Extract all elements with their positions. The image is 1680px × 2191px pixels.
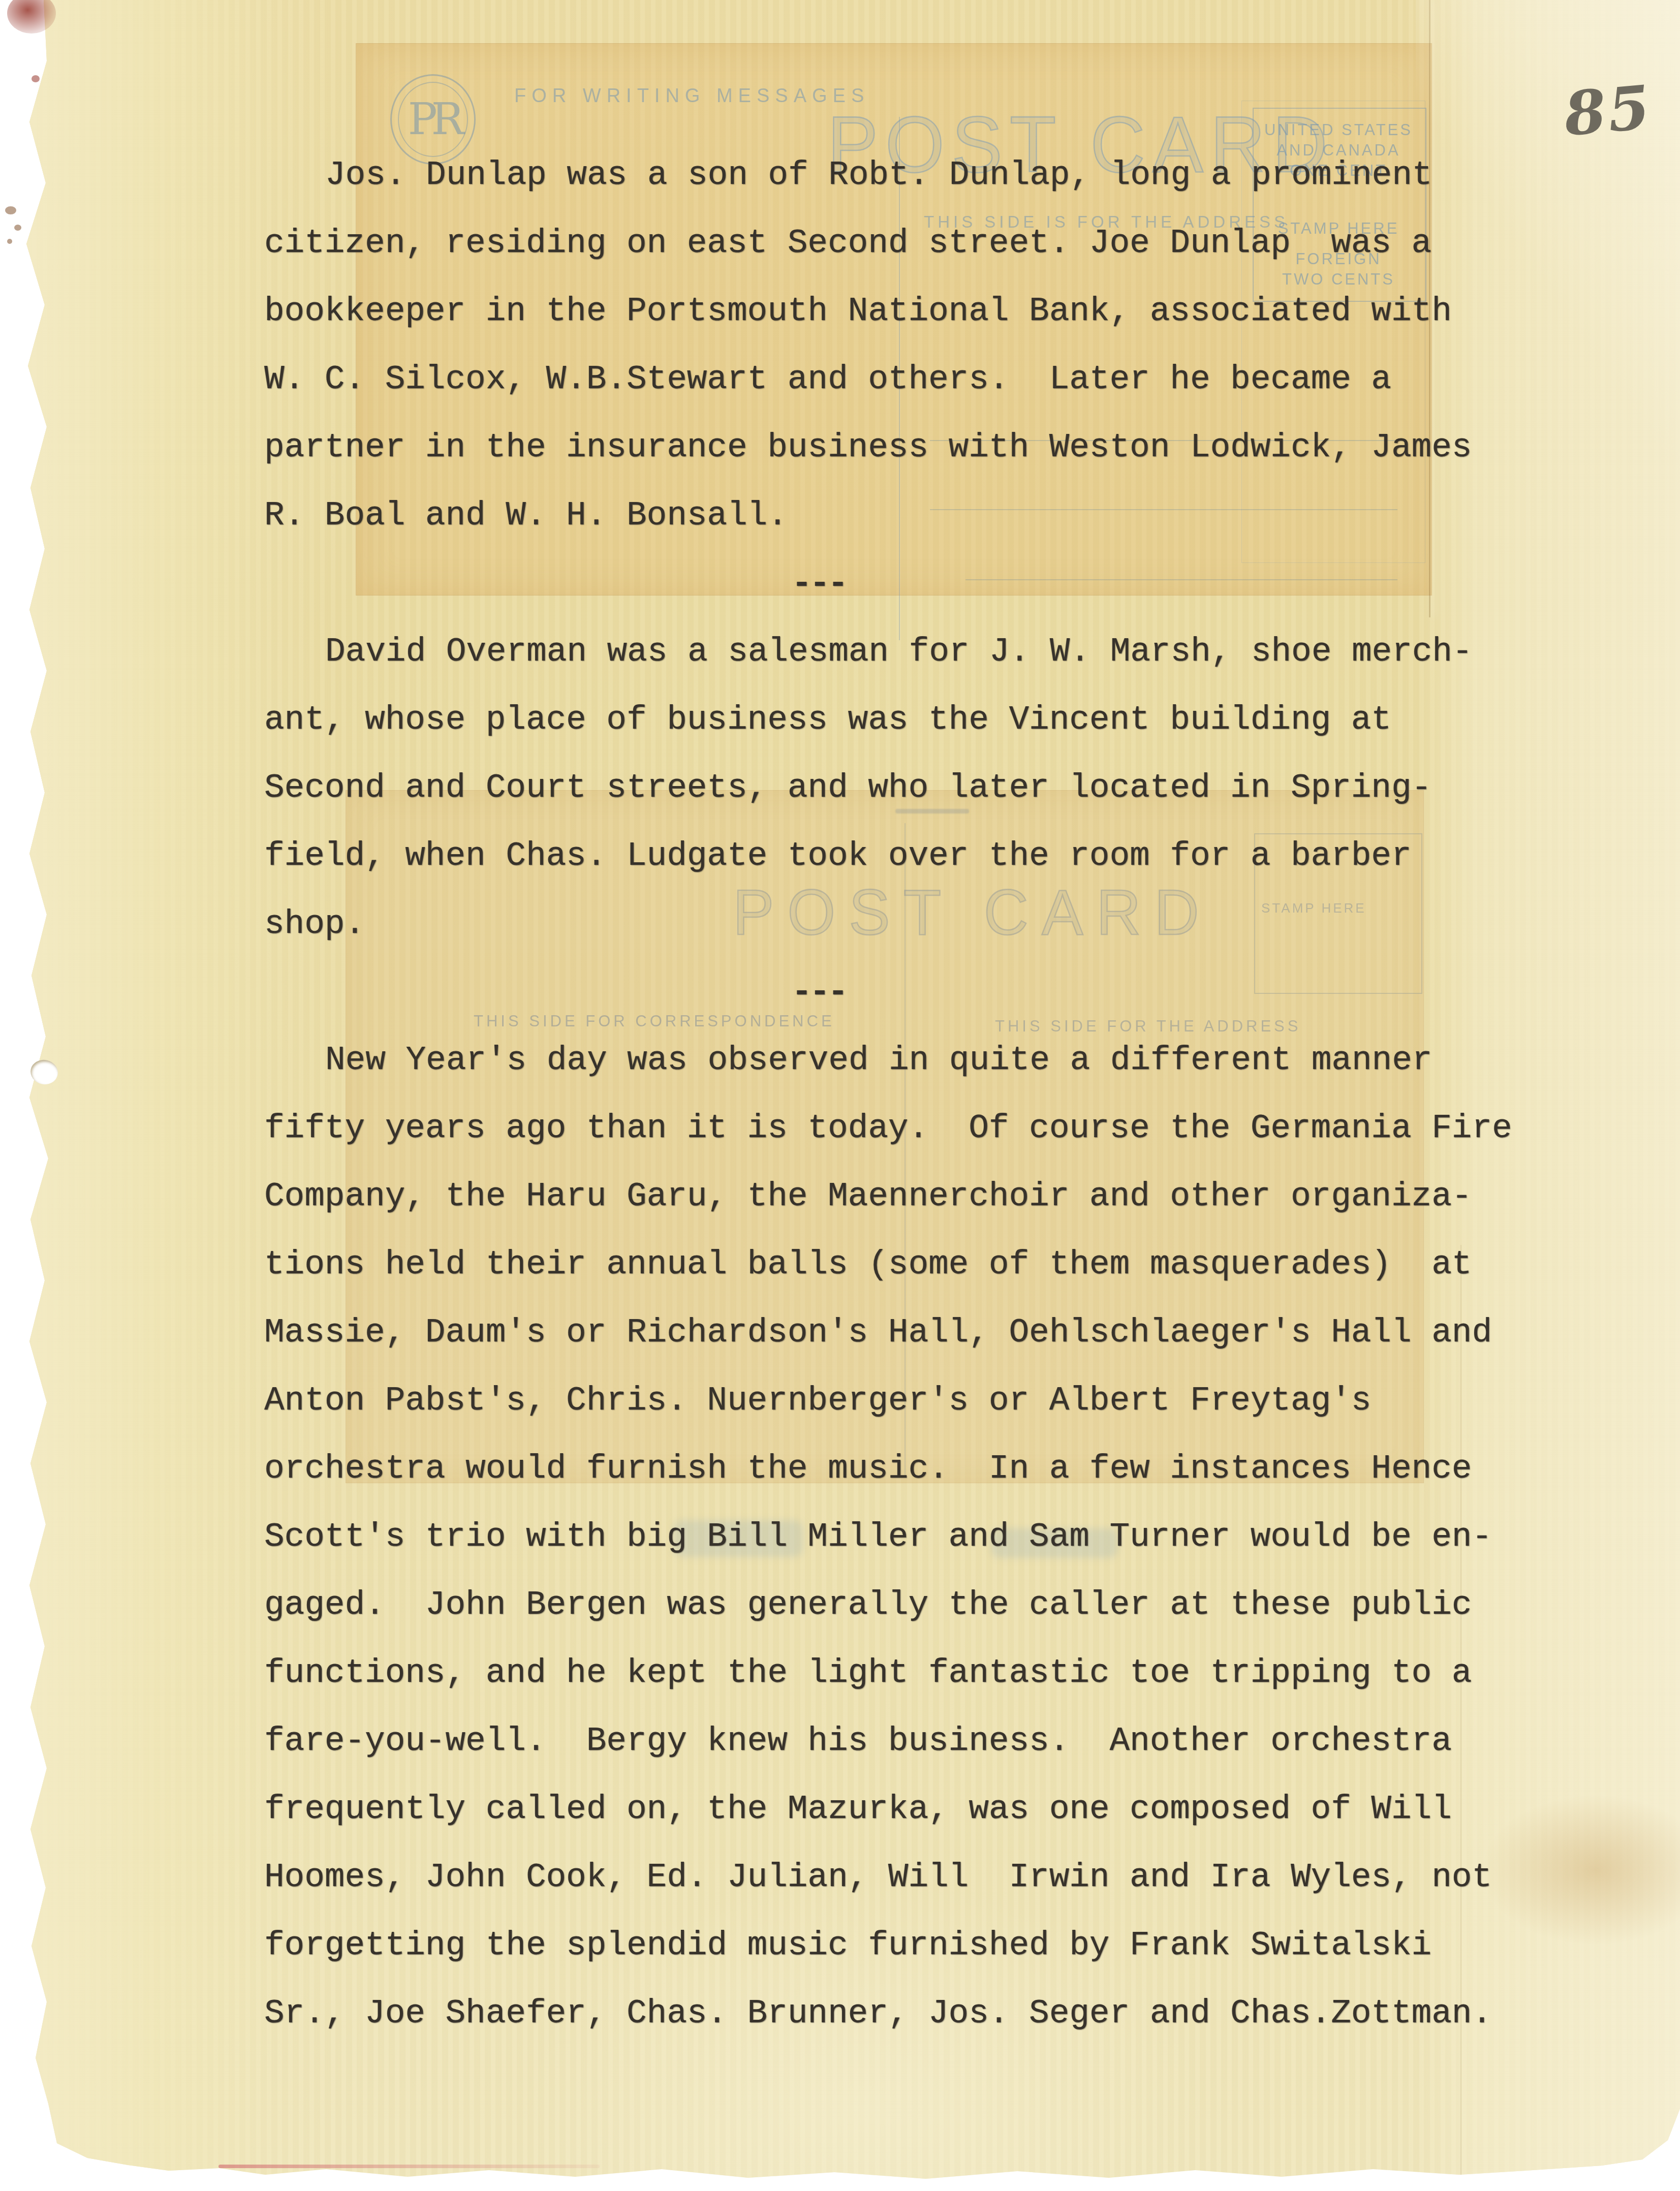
typed-line: field, when Chas. Ludgate took over the … (264, 822, 1512, 890)
typed-line: fare-you-well. Bergy knew his business. … (264, 1707, 1512, 1775)
edge-speck (5, 206, 16, 214)
typed-section-divider: --- (264, 958, 1512, 1026)
typed-line: ant, whose place of business was the Vin… (264, 686, 1512, 754)
typed-text-block: Jos. Dunlap was a son of Robt. Dunlap, l… (264, 141, 1512, 2048)
stamp-box-text: UNITED STATES (1253, 121, 1424, 139)
typed-line: Jos. Dunlap was a son of Robt. Dunlap, l… (264, 141, 1512, 209)
handwritten-page-number: 85 (1561, 72, 1655, 149)
edge-speck (14, 225, 21, 231)
typed-line: W. C. Silcox, W.B.Stewart and others. La… (264, 346, 1512, 414)
typed-line: Company, the Haru Garu, the Maennerchoir… (264, 1163, 1512, 1231)
typed-line: Scott's trio with big Bill Miller and Sa… (264, 1503, 1512, 1571)
typed-line: gaged. John Bergen was generally the cal… (264, 1571, 1512, 1639)
typed-line: Sr., Joe Shaefer, Chas. Brunner, Jos. Se… (264, 1980, 1512, 2048)
bottom-edge-tinge (219, 2165, 600, 2168)
typed-line: functions, and he kept the light fantast… (264, 1639, 1512, 1707)
typed-line: tions held their annual balls (some of t… (264, 1231, 1512, 1299)
typed-line: bookkeeper in the Portsmouth National Ba… (264, 277, 1512, 346)
typed-line: R. Boal and W. H. Bonsall. (264, 482, 1512, 550)
typed-line: frequently called on, the Mazurka, was o… (264, 1775, 1512, 1843)
typed-line: Hoomes, John Cook, Ed. Julian, Will Irwi… (264, 1843, 1512, 1912)
typed-line: shop. (264, 890, 1512, 958)
typed-line: New Year's day was observed in quite a d… (264, 1026, 1512, 1094)
typed-line: Anton Pabst's, Chris. Nuernberger's or A… (264, 1367, 1512, 1435)
typed-section-divider: --- (264, 550, 1512, 618)
typed-line: partner in the insurance business with W… (264, 414, 1512, 482)
edge-speck (7, 239, 12, 244)
scanned-document-page: POST CARD FOR WRITING MESSAGES PR THIS S… (0, 0, 1680, 2191)
typed-line: orchestra would furnish the music. In a … (264, 1435, 1512, 1503)
typed-line: forgetting the splendid music furnished … (264, 1912, 1512, 1980)
for-writing-messages-label: FOR WRITING MESSAGES (514, 85, 869, 107)
red-ink-dot (32, 75, 40, 82)
typed-line: Second and Court streets, and who later … (264, 754, 1512, 822)
typed-line: citizen, residing on east Second street.… (264, 209, 1512, 277)
typed-line: fifty years ago than it is today. Of cou… (264, 1094, 1512, 1163)
typed-line: Massie, Daum's or Richardson's Hall, Oeh… (264, 1299, 1512, 1367)
typed-line: David Overman was a salesman for J. W. M… (264, 618, 1512, 686)
